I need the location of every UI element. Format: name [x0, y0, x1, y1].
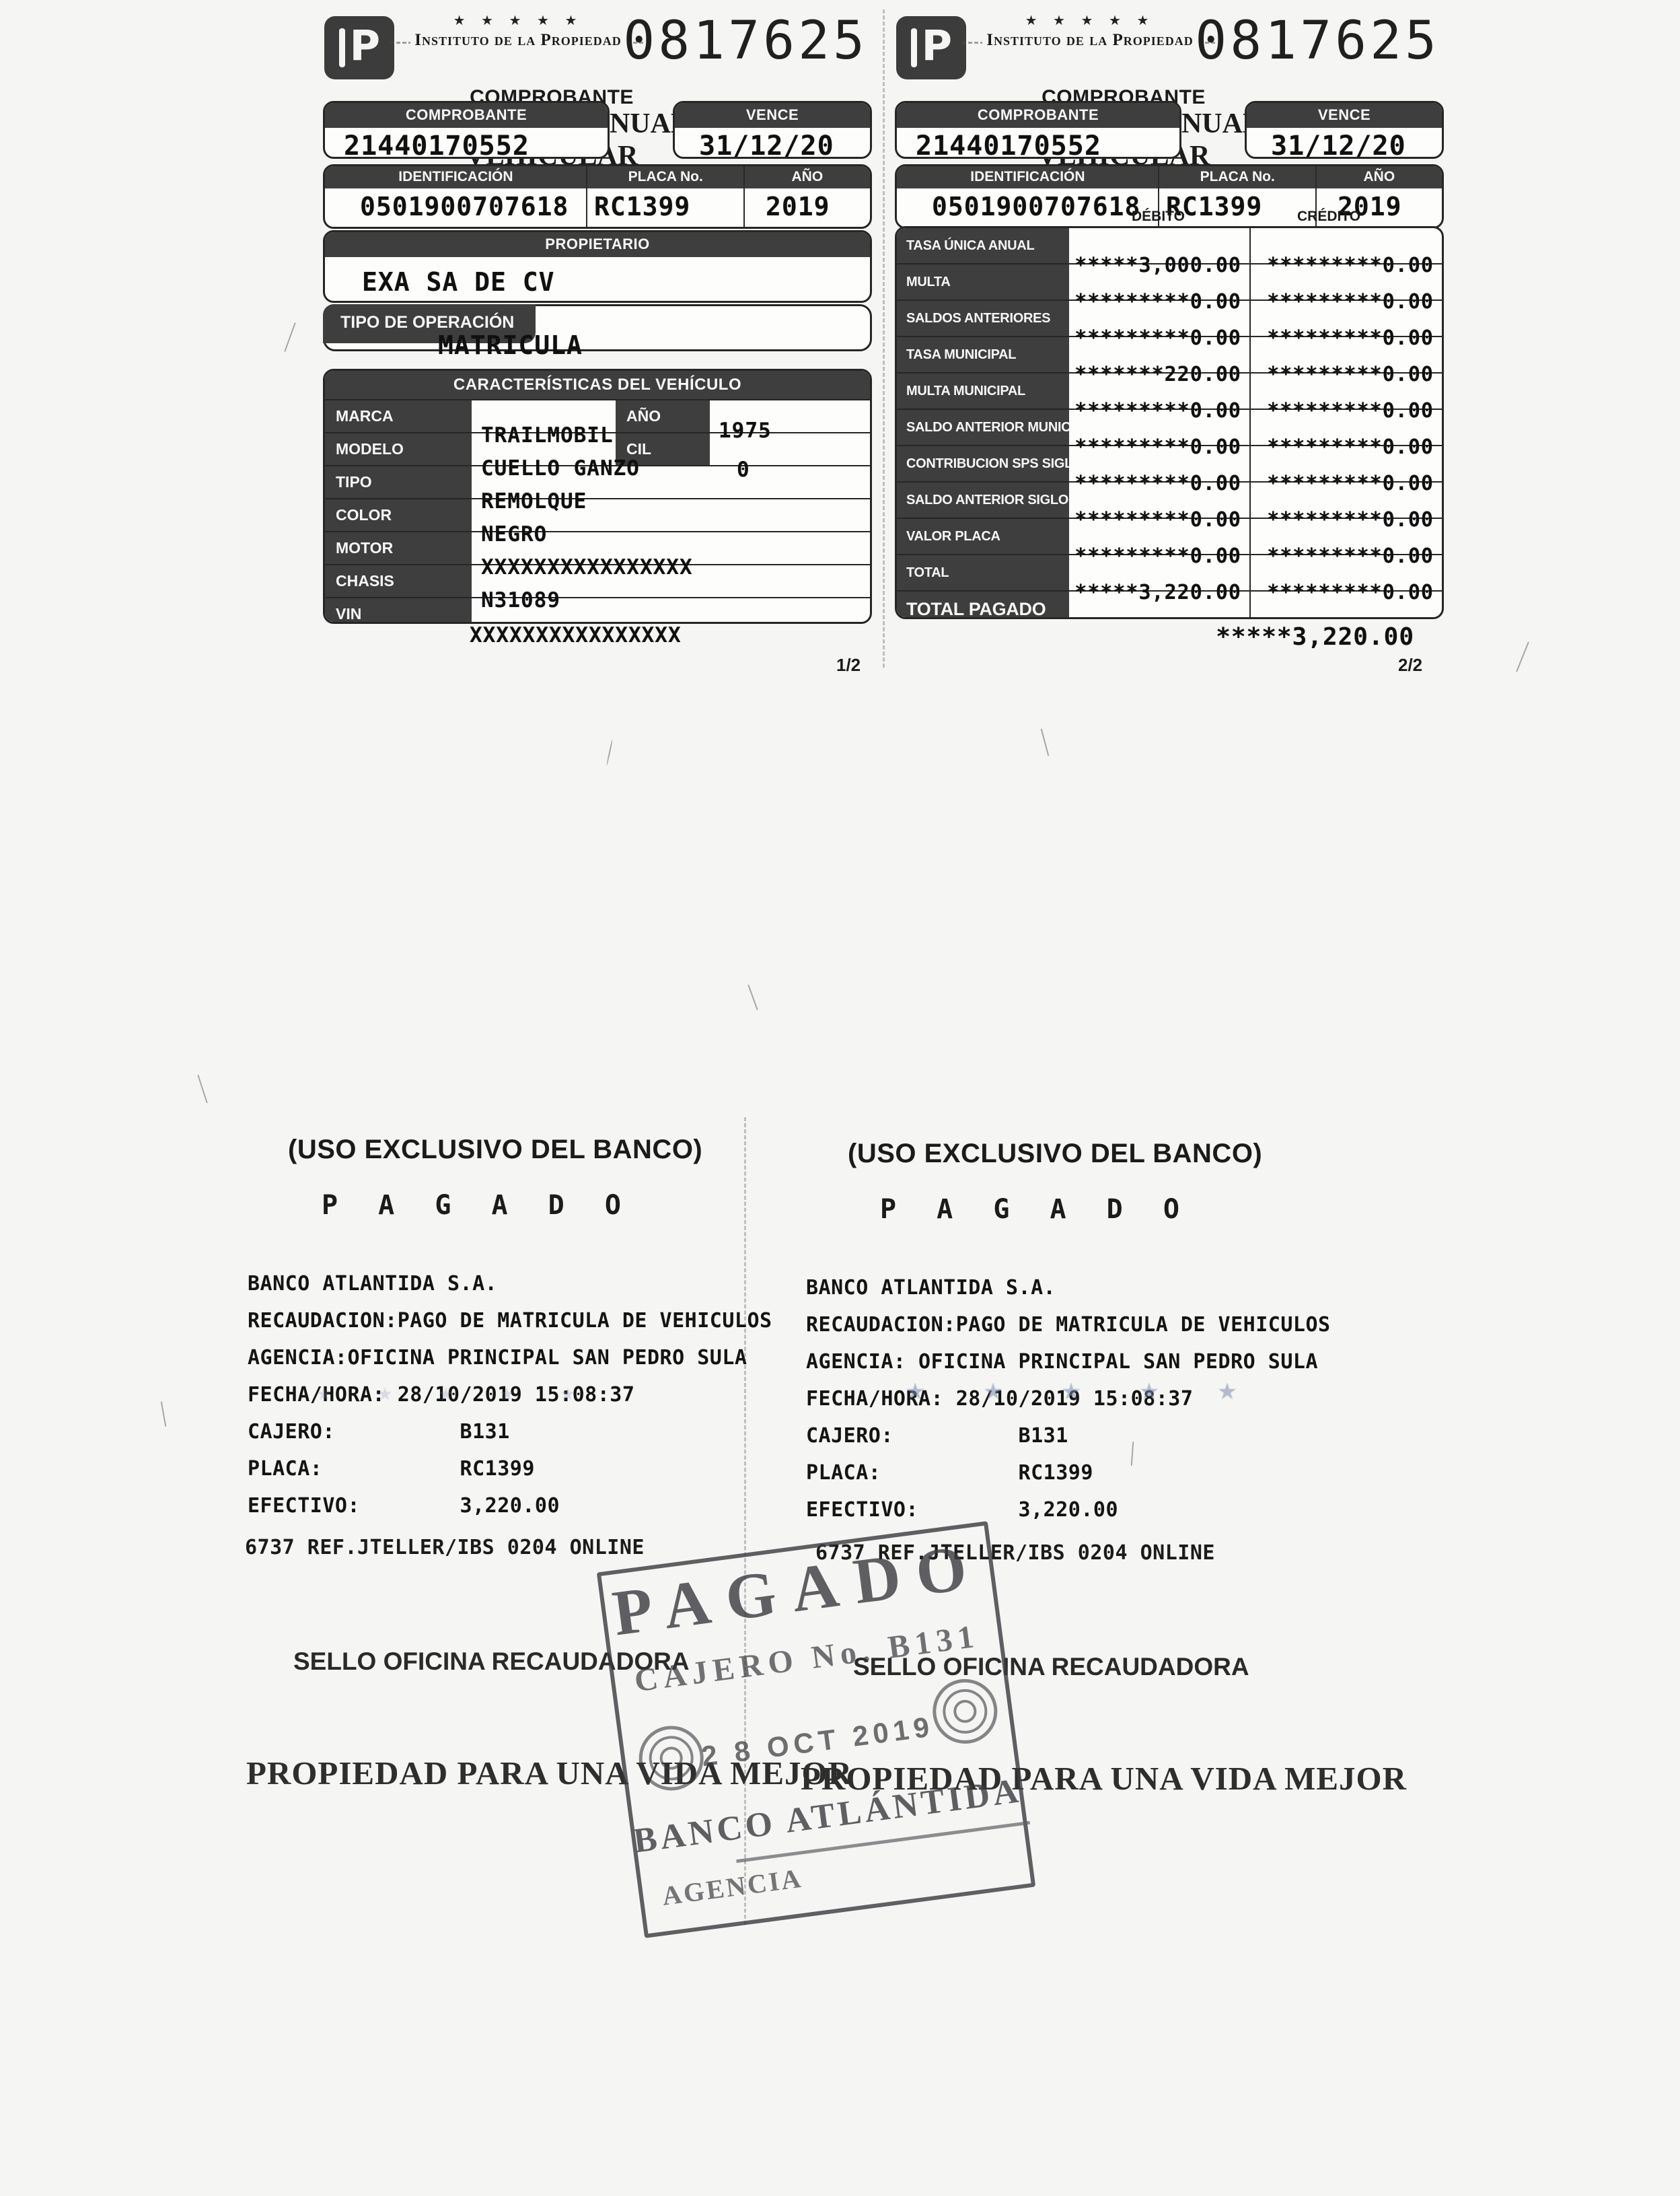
placa-value: RC1399: [594, 192, 690, 221]
credito-value: *********0.00: [1267, 544, 1434, 568]
char-value: CUELLO GANZO: [481, 456, 640, 481]
debito-value: *********0.00: [1074, 544, 1241, 568]
page-indicator-2: 2/2: [1398, 655, 1422, 676]
serial-number: 0817625: [623, 11, 868, 71]
ano-header: AÑO: [1317, 169, 1442, 185]
agencia-line: AGENCIA: OFICINA PRINCIPAL SAN PEDRO SUL…: [806, 1343, 1331, 1380]
debito-value: *********0.00: [1074, 326, 1241, 350]
char-label: CHASIS: [325, 565, 472, 597]
credito-value: *********0.00: [1267, 581, 1434, 604]
institute-name: Instituto de la Propiedad: [974, 31, 1206, 50]
recaudacion-line: RECAUDACION:PAGO DE MATRICULA DE VEHICUL…: [248, 1302, 772, 1339]
char-row-chasis: CHASIS XXXXXXXXXXXXXXXX: [325, 564, 870, 597]
vence-header: VENCE: [675, 103, 870, 128]
pagado-text: P A G A D O: [880, 1194, 1192, 1225]
debito-value: *********0.00: [1074, 508, 1241, 532]
instituto-propiedad-logo-icon: P: [324, 16, 394, 79]
vence-box: VENCE 31/12/20: [673, 101, 872, 159]
debito-column-header: DÉBITO: [1132, 209, 1185, 225]
bank-name-line: BANCO ATLANTIDA S.A.: [806, 1269, 1331, 1306]
credito-value: *********0.00: [1267, 435, 1434, 459]
char-row-vin: VIN N31089: [325, 597, 870, 624]
credito-value: *********0.00: [1267, 472, 1434, 495]
scan-artifact: [197, 1075, 207, 1103]
efectivo-line: EFECTIVO: 3,220.00: [806, 1491, 1331, 1528]
perforation-line: [883, 9, 885, 668]
amount-label: MULTA: [897, 264, 1069, 299]
scan-artifact: [1516, 641, 1529, 672]
ano-value: 2019: [766, 192, 830, 221]
scan-artifact: [606, 739, 613, 766]
placa-line: PLACA: RC1399: [248, 1450, 772, 1487]
placa-line: PLACA: RC1399: [806, 1454, 1331, 1491]
bank-name-line: BANCO ATLANTIDA S.A.: [248, 1265, 772, 1302]
tipo-operacion-box: TIPO DE OPERACIÓN MATRICULA: [323, 304, 872, 351]
agencia-line: AGENCIA:OFICINA PRINCIPAL SAN PEDRO SULA: [248, 1339, 772, 1376]
stars-icon: ★ ★ ★ ★ ★: [974, 12, 1206, 29]
scan-artifact: [161, 1401, 167, 1427]
scan-artifact: [284, 322, 296, 352]
char-value: REMOLQUE: [481, 489, 587, 513]
efectivo-line: EFECTIVO: 3,220.00: [248, 1487, 772, 1524]
char-label: VIN: [325, 598, 472, 624]
char-value: TRAILMOBIL: [481, 423, 614, 448]
tipo-operacion-value: MATRICULA: [438, 330, 583, 360]
vence-box: VENCE 31/12/20: [1245, 101, 1444, 159]
debito-value: *****3,000.00: [1074, 254, 1241, 277]
credito-column-header: CRÉDITO: [1297, 209, 1360, 225]
bank-use-caption: (USO EXCLUSIVO DEL BANCO): [848, 1139, 1262, 1169]
scanned-receipt-page: P ★ ★ ★ ★ ★ Instituto de la Propiedad 08…: [0, 0, 1680, 2196]
identification-box: IDENTIFICACIÓN PLACA No. AÑO 05019007076…: [323, 164, 872, 229]
cajero-line: CAJERO: B131: [248, 1413, 772, 1450]
char-row-tipo: TIPO CUELLO GANZO 0: [325, 465, 870, 498]
vehicle-characteristics-box: CARACTERÍSTICAS DEL VEHÍCULO MARCA AÑO M…: [323, 369, 872, 624]
char-label: MOTOR: [325, 532, 472, 564]
amount-label: SALDO ANTERIOR MUNICIPAL: [897, 410, 1069, 445]
vin-overflow-value: XXXXXXXXXXXXXXXX: [470, 623, 682, 647]
receipt-copy-1: P ★ ★ ★ ★ ★ Instituto de la Propiedad 08…: [323, 7, 868, 673]
credito-value: *********0.00: [1267, 326, 1434, 350]
identificacion-header: IDENTIFICACIÓN: [325, 169, 587, 185]
debito-value: *********0.00: [1074, 399, 1241, 423]
amount-label: SALDO ANTERIOR SIGLO XXI: [897, 483, 1069, 518]
debito-value: *********0.00: [1074, 472, 1241, 495]
amounts-table: TASA ÚNICA ANUAL MULTA *****3,000.00 ***…: [895, 226, 1444, 619]
serial-number: 0817625: [1195, 11, 1440, 71]
amount-label: TASA MUNICIPAL: [897, 337, 1069, 372]
instituto-propiedad-logo-icon: P: [896, 16, 966, 79]
column-divider: [743, 166, 745, 227]
char-value-cil: 1975: [719, 419, 772, 443]
ghost-stamp-stars-icon: ★ ★ ★ ★ ★: [316, 1384, 595, 1405]
debito-value: *********0.00: [1074, 435, 1241, 459]
pagado-rubber-stamp: PAGADO CAJERO No. B131 2 8 OCT 2019 BANC…: [597, 1521, 1036, 1938]
comprobante-header: COMPROBANTE: [325, 103, 608, 128]
scan-artifact: [1041, 728, 1050, 756]
debito-value: *****3,220.00: [1074, 581, 1241, 604]
amount-label: TASA ÚNICA ANUAL: [897, 228, 1069, 263]
comprobante-header: COMPROBANTE: [897, 103, 1179, 128]
placa-header: PLACA No.: [587, 169, 745, 185]
credito-value: *********0.00: [1267, 399, 1434, 423]
credito-value: *********0.00: [1267, 254, 1434, 277]
receipt-copy-2: P ★ ★ ★ ★ ★ Instituto de la Propiedad 08…: [895, 7, 1440, 673]
teller-reference-line: 6737 REF.JTELLER/IBS 0204 ONLINE: [245, 1536, 645, 1559]
logo-glyph: P: [350, 22, 380, 71]
comprobante-value: 21440170552: [897, 128, 1179, 159]
char-row-color: COLOR REMOLQUE: [325, 498, 870, 531]
vence-value: 31/12/20: [675, 128, 870, 159]
characteristics-header: CARACTERÍSTICAS DEL VEHÍCULO: [325, 371, 870, 399]
amount-label: SALDOS ANTERIORES: [897, 301, 1069, 336]
char-label: MODELO: [325, 433, 472, 465]
amount-label: CONTRIBUCION SPS SIGLO XXI: [897, 446, 1069, 481]
char-label: COLOR: [325, 499, 472, 531]
propietario-header: PROPIETARIO: [325, 232, 870, 257]
ano-header: AÑO: [745, 169, 870, 185]
char-label: TIPO: [325, 466, 472, 498]
credito-value: *********0.00: [1267, 508, 1434, 532]
bank-use-caption: (USO EXCLUSIVO DEL BANCO): [288, 1135, 702, 1165]
identificacion-value: 0501900707618: [360, 192, 569, 221]
propietario-value: EXA SA DE CV: [325, 257, 870, 297]
identificacion-header: IDENTIFICACIÓN: [897, 169, 1159, 185]
vence-value: 31/12/20: [1247, 128, 1442, 159]
institute-name: Instituto de la Propiedad: [402, 31, 634, 50]
ghost-stamp-stars-icon: ★ ★ ★ ★ ★: [905, 1378, 1263, 1405]
comprobante-box: COMPROBANTE 21440170552: [895, 101, 1181, 159]
debito-value: *******220.00: [1074, 363, 1241, 386]
cajero-line: CAJERO: B131: [806, 1417, 1331, 1454]
credito-value: *********0.00: [1267, 363, 1434, 386]
pagado-text: P A G A D O: [322, 1190, 633, 1221]
grand-total-value: *****3,220.00: [895, 623, 1414, 651]
vence-header: VENCE: [1247, 103, 1442, 128]
char-value: N31089: [481, 588, 560, 612]
char-value: XXXXXXXXXXXXXXXX: [481, 555, 693, 579]
propietario-box: PROPIETARIO EXA SA DE CV: [323, 230, 872, 303]
amount-label: VALOR PLACA: [897, 519, 1069, 554]
debito-value: *********0.00: [1074, 290, 1241, 314]
scan-artifact: [747, 985, 758, 1010]
amount-label: TOTAL PAGADO: [897, 592, 1069, 619]
column-divider: [586, 166, 587, 227]
recaudacion-line: RECAUDACION:PAGO DE MATRICULA DE VEHICUL…: [806, 1306, 1331, 1343]
placa-header: PLACA No.: [1159, 169, 1317, 185]
identificacion-value: 0501900707618: [932, 192, 1140, 221]
amount-label: TOTAL: [897, 555, 1069, 590]
comprobante-value: 21440170552: [325, 128, 608, 159]
amount-label: MULTA MUNICIPAL: [897, 374, 1069, 409]
page-indicator-1: 1/2: [836, 655, 861, 676]
char-label: MARCA: [325, 400, 472, 432]
comprobante-box: COMPROBANTE 21440170552: [323, 101, 610, 159]
logo-glyph: P: [922, 22, 952, 71]
char-value: NEGRO: [481, 522, 547, 546]
stars-icon: ★ ★ ★ ★ ★: [402, 12, 634, 29]
credito-value: *********0.00: [1267, 290, 1434, 314]
amount-row-total-pagado: TOTAL PAGADO *****3,220.00 *********0.00: [897, 590, 1442, 619]
char-value-2: 0: [737, 458, 750, 482]
char-label-ano: AÑO: [616, 400, 710, 432]
